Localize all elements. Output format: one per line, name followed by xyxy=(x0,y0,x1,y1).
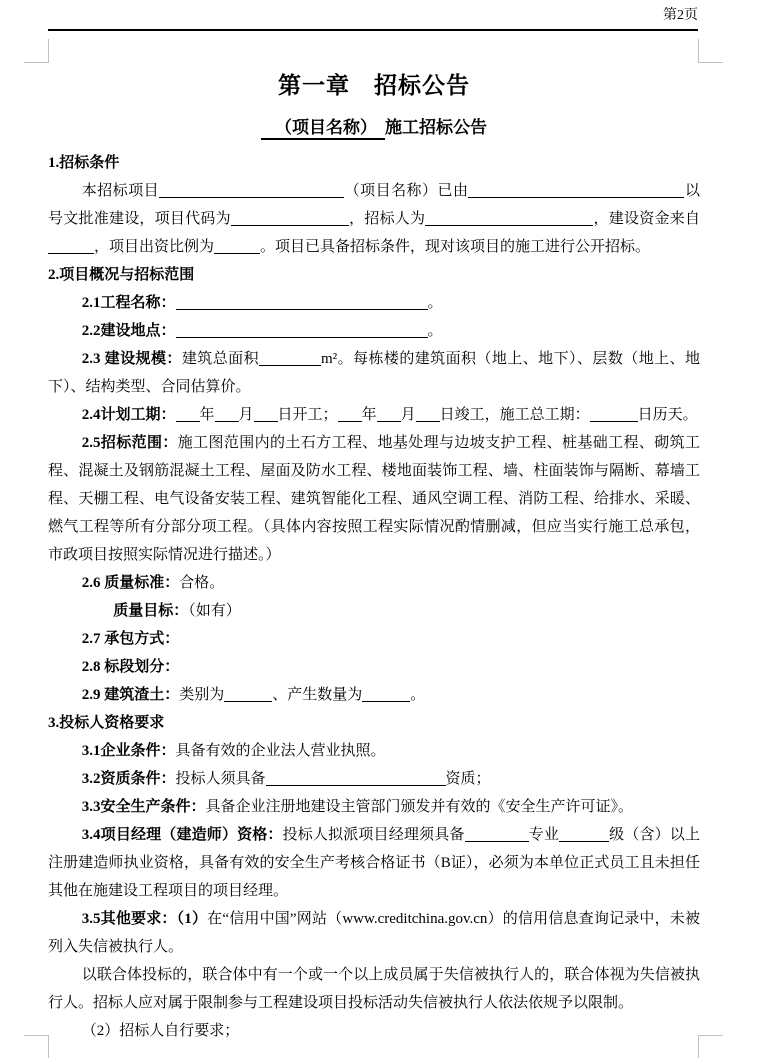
text-run: 日竣工，施工总工期： xyxy=(440,407,590,423)
text-run: ，招标人为 xyxy=(349,211,425,227)
document-subtitle: （项目名称）施工招标公告 xyxy=(48,115,700,140)
text-run: （2）招标人自行要求； xyxy=(82,1023,240,1039)
text-run: 2.4计划工期： xyxy=(82,407,176,423)
paragraph: 3.5其他要求：（1）在“信用中国”网站（www.creditchina.gov… xyxy=(48,905,700,961)
blank-field xyxy=(176,294,428,310)
paragraph: 3.1企业条件：具备有效的企业法人营业执照。 xyxy=(48,737,700,765)
blank-field xyxy=(362,686,410,702)
text-run: 2.3 建设规模： xyxy=(82,351,182,367)
subtitle-rest: 施工招标公告 xyxy=(385,118,487,137)
blank-field xyxy=(468,182,684,198)
text-boundary-mark-bottom-left xyxy=(24,1035,49,1058)
blank-field xyxy=(48,238,94,254)
text-run: 质量目标： xyxy=(113,603,188,619)
document-content: 第一章 招标公告 （项目名称）施工招标公告 1.招标条件本招标项目（项目名称）已… xyxy=(48,62,700,1045)
text-run: 专业 xyxy=(529,827,559,843)
blank-field xyxy=(266,770,446,786)
section-heading: 1.招标条件 xyxy=(48,149,700,177)
text-run: 2.1工程名称： xyxy=(82,295,176,311)
text-run: 类别为 xyxy=(179,687,224,703)
text-run: 2.5招标范围： xyxy=(82,435,178,451)
text-run: 3.3安全生产条件： xyxy=(82,799,206,815)
text-run: 投标人须具备 xyxy=(176,771,266,787)
text-run: 2.8 标段划分： xyxy=(82,659,180,675)
blank-field xyxy=(214,238,260,254)
section-heading: 2.项目概况与招标范围 xyxy=(48,261,700,289)
text-run: 。 xyxy=(410,687,425,703)
text-run: （1） xyxy=(177,911,208,927)
section-heading: 3.投标人资格要求 xyxy=(48,709,700,737)
blank-field xyxy=(231,210,349,226)
blank-field xyxy=(176,406,200,422)
paragraph: 2.1工程名称：。 xyxy=(48,289,700,317)
paragraph: 2.8 标段划分： xyxy=(48,653,700,681)
text-boundary-mark-top-left xyxy=(24,39,49,63)
blank-field xyxy=(465,826,529,842)
page-number: 第2页 xyxy=(48,7,698,25)
paragraph: （2）招标人自行要求； xyxy=(48,1017,700,1045)
text-run: 3.投标人资格要求 xyxy=(48,715,164,731)
subtitle-project-name-underlined: （项目名称） xyxy=(261,118,385,140)
blank-field xyxy=(176,322,428,338)
text-run: 投标人拟派项目经理须具备 xyxy=(283,827,465,843)
text-run: 月 xyxy=(239,407,254,423)
paragraph: 2.9 建筑渣土：类别为、产生数量为。 xyxy=(48,681,700,709)
blank-field xyxy=(416,406,440,422)
text-run: 以联合体投标的，联合体中有一个或一个以上成员属于失信被执行人的，联合体视为失信被… xyxy=(48,967,700,1011)
text-run: 2.项目概况与招标范围 xyxy=(48,267,194,283)
paragraph: 3.4项目经理（建造师）资格：投标人拟派项目经理须具备专业级（含）以上注册建造师… xyxy=(48,821,700,905)
blank-field xyxy=(259,350,321,366)
blank-field xyxy=(590,406,638,422)
text-run: 具备有效的企业法人营业执照。 xyxy=(176,743,386,759)
blank-field xyxy=(377,406,401,422)
blank-field xyxy=(425,210,593,226)
text-run: （项目名称）已由 xyxy=(344,183,468,199)
text-run: 合格。 xyxy=(179,575,224,591)
text-boundary-mark-bottom-right xyxy=(698,1035,723,1058)
document-body: 1.招标条件本招标项目（项目名称）已由以号文批准建设，项目代码为，招标人为，建设… xyxy=(48,149,700,1045)
text-run: 年 xyxy=(362,407,377,423)
text-run: 日历天。 xyxy=(638,407,698,423)
blank-field xyxy=(338,406,362,422)
text-run: 3.5其他要求： xyxy=(82,911,177,927)
text-run: 2.7 承包方式： xyxy=(82,631,180,647)
text-run: 3.1企业条件： xyxy=(82,743,176,759)
chapter-title: 第一章 招标公告 xyxy=(48,70,700,102)
text-run: （如有） xyxy=(188,603,241,619)
text-run: 施工图范围内的土石方工程、地基处理与边坡支护工程、桩基础工程、砌筑工程、混凝土及… xyxy=(48,435,700,563)
text-run: 2.2建设地点： xyxy=(82,323,176,339)
blank-field xyxy=(215,406,239,422)
text-run: 具备企业注册地建设主管部门颁发并有效的《安全生产许可证》。 xyxy=(206,799,634,815)
text-run: 。 xyxy=(428,323,443,339)
text-run: 年 xyxy=(200,407,215,423)
paragraph: 2.5招标范围：施工图范围内的土石方工程、地基处理与边坡支护工程、桩基础工程、砌… xyxy=(48,429,700,569)
paragraph: 2.2建设地点：。 xyxy=(48,317,700,345)
paragraph: 本招标项目（项目名称）已由以号文批准建设，项目代码为，招标人为，建设资金来自，项… xyxy=(48,177,700,261)
paragraph: 2.3 建设规模：建筑总面积m²。每栋楼的建筑面积（地上、地下）、层数（地上、地… xyxy=(48,345,700,401)
text-run: 资质； xyxy=(446,771,491,787)
text-run: 1.招标条件 xyxy=(48,155,119,171)
text-run: 。项目已具备招标条件，现对该项目的施工进行公开招标。 xyxy=(260,239,650,255)
paragraph: 2.6 质量标准：合格。 xyxy=(48,569,700,597)
text-run: 月 xyxy=(401,407,416,423)
text-run: 3.2资质条件： xyxy=(82,771,176,787)
paragraph: 3.3安全生产条件：具备企业注册地建设主管部门颁发并有效的《安全生产许可证》。 xyxy=(48,793,700,821)
paragraph: 2.4计划工期：年月日开工；年月日竣工，施工总工期：日历天。 xyxy=(48,401,700,429)
document-page: { "colors": { "background": "#ffffff", "… xyxy=(0,0,760,1058)
blank-field xyxy=(224,686,272,702)
text-run: 3.4项目经理（建造师）资格： xyxy=(82,827,283,843)
text-run: ，建设资金来自 xyxy=(593,211,700,227)
blank-field xyxy=(254,406,278,422)
text-boundary-mark-top-right xyxy=(698,39,723,63)
text-run: ，项目出资比例为 xyxy=(94,239,214,255)
text-run: 、产生数量为 xyxy=(272,687,362,703)
text-run: 。 xyxy=(428,295,443,311)
header-rule xyxy=(48,29,698,31)
text-run: 2.6 质量标准： xyxy=(82,575,180,591)
text-run: 日开工； xyxy=(278,407,338,423)
blank-field xyxy=(159,182,344,198)
blank-field xyxy=(559,826,609,842)
text-run: 建筑总面积 xyxy=(182,351,259,367)
paragraph: 2.7 承包方式： xyxy=(48,625,700,653)
paragraph: 以联合体投标的，联合体中有一个或一个以上成员属于失信被执行人的，联合体视为失信被… xyxy=(48,961,700,1017)
paragraph: 3.2资质条件：投标人须具备资质； xyxy=(48,765,700,793)
text-run: 2.9 建筑渣土： xyxy=(82,687,180,703)
paragraph: 质量目标：（如有） xyxy=(48,597,700,625)
text-run: 本招标项目 xyxy=(82,183,159,199)
